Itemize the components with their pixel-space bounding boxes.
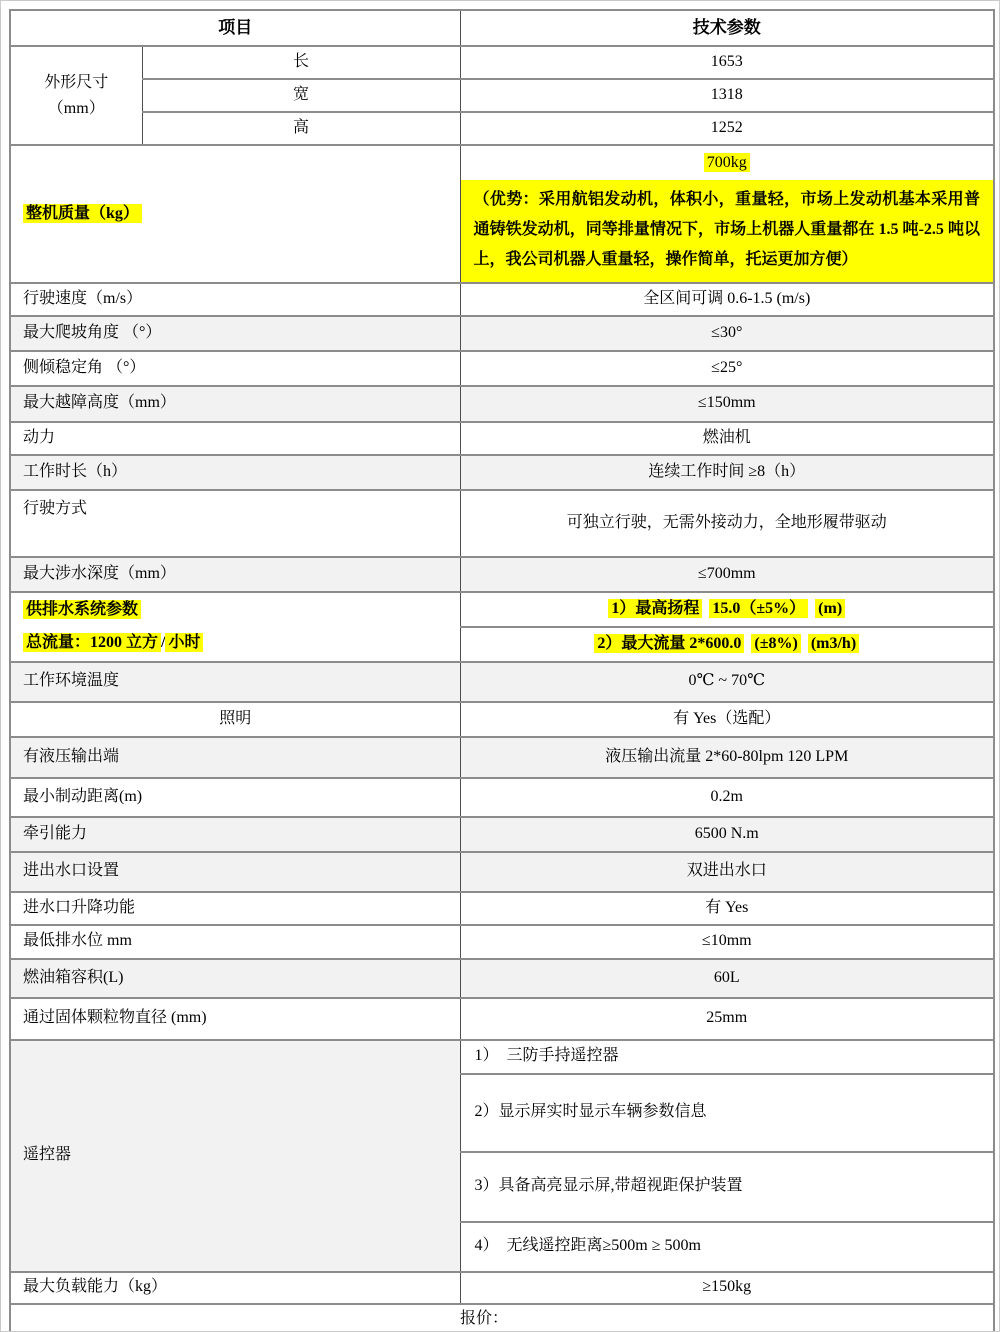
dim-row-length: 外形尺寸 （mm） 长 1653	[10, 46, 994, 79]
dim-row-width: 宽 1318	[10, 79, 994, 112]
spec-label: 行驶方式	[10, 490, 460, 557]
spec-row-climb-angle: 最大爬坡角度 （°） ≤30°	[10, 316, 994, 351]
spec-value: 6500 N.m	[460, 817, 994, 852]
weight-label: 整机质量（kg）	[23, 204, 142, 223]
spec-label: 最大负载能力（kg）	[10, 1272, 460, 1304]
spec-label: 有液压输出端	[10, 737, 460, 778]
spec-value: 液压输出流量 2*60-80lpm 120 LPM	[460, 737, 994, 778]
spec-value: 60L	[460, 959, 994, 998]
spec-value: ≥150kg	[460, 1272, 994, 1304]
dim-row-height: 高 1252	[10, 112, 994, 145]
pump-flow-seg1: 2）最大流量 2*600.0	[594, 634, 744, 653]
pump-row-head: 供排水系统参数 总流量：1200 立方/小时 1）最高扬程15.0（±5%）(m…	[10, 592, 994, 627]
pump-head-seg1: 1）最高扬程	[608, 599, 702, 618]
dim-value-width: 1318	[460, 79, 994, 112]
spec-row-lighting: 照明 有 Yes（选配）	[10, 702, 994, 737]
pump-head-value-cell: 1）最高扬程15.0（±5%）(m)	[460, 592, 994, 627]
dimensions-label-line2: （mm）	[19, 96, 134, 122]
spec-row-traction: 牵引能力 6500 N.m	[10, 817, 994, 852]
spec-label: 最小制动距离(m)	[10, 778, 460, 817]
weight-value-line: 700kg	[461, 146, 994, 180]
dim-name-height: 高	[142, 112, 460, 145]
spec-label: 动力	[10, 422, 460, 455]
pump-head-seg2: 15.0（±5%）	[709, 599, 808, 618]
spec-row-drive-mode: 行驶方式 可独立行驶，无需外接动力，全地形履带驱动	[10, 490, 994, 557]
spec-label: 最大越障高度（mm）	[10, 386, 460, 422]
pump-flow-seg3: (m3/h)	[808, 634, 859, 653]
spec-row-hydraulic-output: 有液压输出端 液压输出流量 2*60-80lpm 120 LPM	[10, 737, 994, 778]
spec-value: 燃油机	[460, 422, 994, 455]
spec-value: 有 Yes	[460, 892, 994, 925]
spec-row-operating-temp: 工作环境温度 0℃ ~ 70℃	[10, 662, 994, 702]
spec-row-inlet-lift: 进水口升降功能 有 Yes	[10, 892, 994, 925]
weight-value-cell: 700kg （优势：采用航铝发动机，体积小，重量轻，市场上发动机基本采用普通铸铁…	[460, 145, 994, 283]
pump-head-seg3: (m)	[815, 599, 845, 618]
spec-label: 照明	[10, 702, 460, 737]
remote-item: 2）显示屏实时显示车辆参数信息	[460, 1074, 994, 1152]
spec-label: 最低排水位 mm	[10, 925, 460, 959]
spec-row-obstacle-height: 最大越障高度（mm） ≤150mm	[10, 386, 994, 422]
pump-label-line2-wrap: 总流量：1200 立方/小时	[23, 633, 452, 654]
pump-flow-seg2: (±8%)	[751, 634, 800, 653]
dimensions-label: 外形尺寸 （mm）	[10, 46, 142, 145]
spec-value: ≤30°	[460, 316, 994, 351]
dim-value-height: 1252	[460, 112, 994, 145]
pump-label-cell: 供排水系统参数 总流量：1200 立方/小时	[10, 592, 460, 662]
spec-value: 0℃ ~ 70℃	[460, 662, 994, 702]
spec-row-speed: 行驶速度（m/s） 全区间可调 0.6-1.5 (m/s)	[10, 283, 994, 316]
weight-row: 整机质量（kg） 700kg （优势：采用航铝发动机，体积小，重量轻，市场上发动…	[10, 145, 994, 283]
spec-sheet-page: 项目 技术参数 外形尺寸 （mm） 长 1653 宽 1318 高 1252 整…	[0, 0, 1000, 1332]
spec-value: ≤150mm	[460, 386, 994, 422]
remote-item: 4） 无线遥控距离≥500m ≥ 500m	[460, 1222, 994, 1272]
header-param: 技术参数	[460, 10, 994, 46]
spec-row-power: 动力 燃油机	[10, 422, 994, 455]
header-item: 项目	[10, 10, 460, 46]
pump-label-line1-wrap: 供排水系统参数	[23, 600, 452, 621]
pump-label-line2-hl2: 小时	[165, 633, 203, 652]
weight-value: 700kg	[704, 153, 750, 172]
spec-value: 连续工作时间 ≥8（h）	[460, 455, 994, 490]
spec-label: 通过固体颗粒物直径 (mm)	[10, 998, 460, 1040]
spec-row-wading-depth: 最大涉水深度（mm） ≤700mm	[10, 557, 994, 592]
spec-label: 进水口升降功能	[10, 892, 460, 925]
spec-row-fuel-tank: 燃油箱容积(L) 60L	[10, 959, 994, 998]
spec-label: 侧倾稳定角 （°）	[10, 351, 460, 386]
spec-label: 燃油箱容积(L)	[10, 959, 460, 998]
pump-label-line2-hl1: 总流量：1200 立方	[23, 633, 161, 652]
spec-row-braking-distance: 最小制动距离(m) 0.2m	[10, 778, 994, 817]
quote-label: 报价：	[10, 1304, 994, 1332]
spec-row-work-duration: 工作时长（h） 连续工作时间 ≥8（h）	[10, 455, 994, 490]
spec-label: 工作时长（h）	[10, 455, 460, 490]
spec-value: ≤10mm	[460, 925, 994, 959]
spec-label: 牵引能力	[10, 817, 460, 852]
remote-item: 1） 三防手持遥控器	[460, 1040, 994, 1074]
header-row: 项目 技术参数	[10, 10, 994, 46]
remote-row-1: 遥控器 1） 三防手持遥控器	[10, 1040, 994, 1074]
spec-value: 双进出水口	[460, 852, 994, 892]
spec-label: 进出水口设置	[10, 852, 460, 892]
dim-name-length: 长	[142, 46, 460, 79]
quote-row: 报价：	[10, 1304, 994, 1332]
dim-name-width: 宽	[142, 79, 460, 112]
spec-row-min-drain-level: 最低排水位 mm ≤10mm	[10, 925, 994, 959]
spec-label: 最大涉水深度（mm）	[10, 557, 460, 592]
weight-advantage-note: （优势：采用航铝发动机，体积小，重量轻，市场上发动机基本采用普通铸铁发动机，同等…	[461, 180, 994, 282]
spec-value: ≤700mm	[460, 557, 994, 592]
spec-row-particle-diameter: 通过固体颗粒物直径 (mm) 25mm	[10, 998, 994, 1040]
spec-value: 有 Yes（选配）	[460, 702, 994, 737]
remote-label-cell: 遥控器	[10, 1040, 460, 1272]
weight-label-cell: 整机质量（kg）	[10, 145, 460, 283]
remote-item: 3）具备高亮显示屏,带超视距保护装置	[460, 1152, 994, 1222]
spec-label: 工作环境温度	[10, 662, 460, 702]
spec-value: 25mm	[460, 998, 994, 1040]
spec-value: 0.2m	[460, 778, 994, 817]
spec-value: 全区间可调 0.6-1.5 (m/s)	[460, 283, 994, 316]
spec-table: 项目 技术参数 外形尺寸 （mm） 长 1653 宽 1318 高 1252 整…	[9, 9, 995, 1332]
spec-label: 最大爬坡角度 （°）	[10, 316, 460, 351]
pump-flow-value-cell: 2）最大流量 2*600.0(±8%)(m3/h)	[460, 627, 994, 662]
spec-row-max-load: 最大负载能力（kg） ≥150kg	[10, 1272, 994, 1304]
spec-value: 可独立行驶，无需外接动力，全地形履带驱动	[460, 490, 994, 557]
spec-row-tilt-angle: 侧倾稳定角 （°） ≤25°	[10, 351, 994, 386]
spec-label: 行驶速度（m/s）	[10, 283, 460, 316]
dimensions-label-line1: 外形尺寸	[19, 70, 134, 96]
spec-row-water-ports: 进出水口设置 双进出水口	[10, 852, 994, 892]
dim-value-length: 1653	[460, 46, 994, 79]
pump-label-line1: 供排水系统参数	[23, 600, 141, 619]
spec-value: ≤25°	[460, 351, 994, 386]
